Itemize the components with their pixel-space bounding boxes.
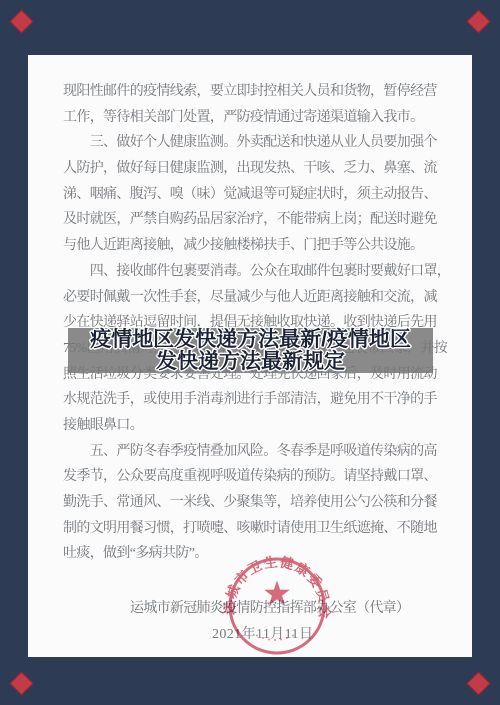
document-text-line: 制的文明用餐习惯，打喷嚏、咳嗽时请使用卫生纸遮掩、不随地 — [63, 516, 439, 542]
document-text-line: 与他人近距离接触，减少接触楼梯扶手、门把手等公共设施。 — [63, 233, 439, 259]
document-text-line: 及时就医，严禁自购药品居家治疗，不能带病上岗；配送时避免 — [63, 207, 439, 233]
document-text-line: 必要时佩戴一次性手套，尽量减少与他人近距离接触和交流，减 — [63, 285, 439, 311]
document-text-line: 五、严防冬春季疫情叠加风险。冬春季是呼吸道传染病的高 — [63, 439, 439, 465]
document-text-line: 水规范洗手，或使用手消毒剂进行手部清洁，避免用不干净的手 — [63, 387, 439, 413]
overlay-title-line1: 疫情地区发快递方法最新/疫情地区 — [90, 329, 411, 351]
document-text-line: 接触眼鼻口。 — [63, 413, 439, 439]
document-text-line: 勤洗手、常通风、一米线、少聚集等，培养使用公勺公筷和分餐 — [63, 490, 439, 516]
seal-serial-marks — [256, 635, 294, 642]
document-text-line: 现阳性邮件的疫情线索，要立即封控相关人员和货物，暂停经营 — [63, 79, 439, 105]
frame-border-left — [0, 0, 28, 705]
overlay-title-banner: 疫情地区发快递方法最新/疫情地区 发快递方法最新规定 — [68, 328, 433, 373]
document-text-line: 发季节，公众要高度重视呼吸道传染病的预防。请坚持戴口罩、 — [63, 464, 439, 490]
official-seal-stamp: 运城市卫生健康委员会 — [222, 551, 332, 661]
document-text-line: 三、做好个人健康监测。外卖配送和快递从业人员要加强个 — [63, 130, 439, 156]
document-text-line: 涕、咽痛、腹泻、嗅（味）觉减退等可疑症状时，须主动报告、 — [63, 182, 439, 208]
overlay-title-line2: 发快递方法最新规定 — [156, 351, 345, 373]
document-page: 现阳性邮件的疫情线索，要立即封控相关人员和货物，暂停经营 工作，等待相关部门处置… — [0, 0, 500, 705]
frame-border-right — [472, 0, 500, 705]
star-icon — [264, 581, 290, 605]
frame-border-top — [0, 0, 500, 55]
document-text-line: 工作，等待相关部门处置，严防疫情通过寄递渠道输入我市。 — [63, 105, 439, 131]
document-body: 现阳性邮件的疫情线索，要立即封控相关人员和货物，暂停经营 工作，等待相关部门处置… — [63, 79, 439, 567]
frame-border-bottom — [0, 657, 500, 705]
document-text-line: 四、接收邮件包裹要消毒。公众在取邮件包裹时要戴好口罩， — [63, 259, 439, 285]
document-text-line: 人防护，做好每日健康监测，出现发热、干咳、乏力、鼻塞、流 — [63, 156, 439, 182]
